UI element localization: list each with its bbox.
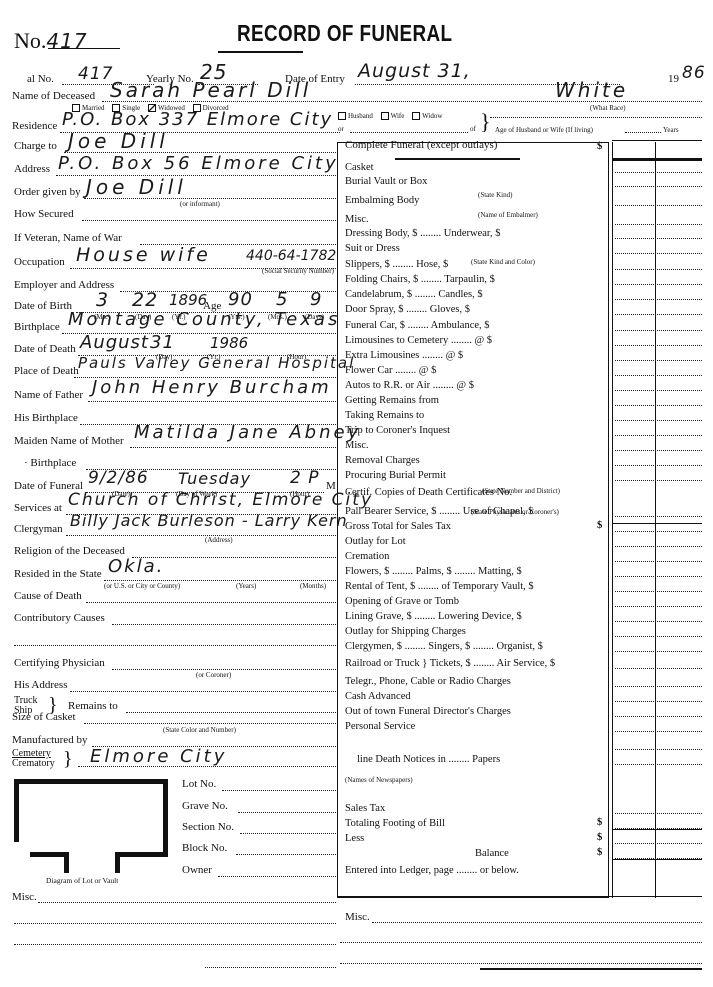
residence-label: Residence xyxy=(12,120,57,133)
cause-of-death-line xyxy=(86,602,336,603)
charge-row-label: Totaling Footing of Bill xyxy=(345,818,445,830)
charge-row-label: Casket xyxy=(345,162,374,174)
ssn-value[interactable]: 440-64-1782 xyxy=(246,248,336,264)
place-of-death-label: Place of Death xyxy=(14,365,79,378)
contributory-line-2 xyxy=(14,645,336,646)
charge-row-label: Out of town Funeral Director's Charges xyxy=(345,706,511,718)
misc-left-line-3 xyxy=(14,944,336,945)
charge-amount-cell[interactable] xyxy=(615,435,702,436)
clergyman-label: Clergyman xyxy=(14,523,63,536)
deceased-name-value[interactable]: Sarah Pearl Dill xyxy=(110,78,311,102)
charge-row-label: Misc. xyxy=(345,440,369,452)
manufactured-label: Manufactured by xyxy=(12,734,87,747)
spouse-age-label: Age of Husband or Wife (If living) xyxy=(495,126,593,134)
charge-amount-cell[interactable] xyxy=(615,186,702,187)
charge-row-label: line Death Notices in ........ Papers xyxy=(357,754,500,766)
widow-label: Widow xyxy=(422,112,442,120)
dob-label: Date of Birth xyxy=(14,300,72,313)
charge-amount-cell[interactable] xyxy=(615,224,702,225)
of-label: of xyxy=(470,125,476,133)
charge-row-label: Limousines to Cemetery ........ @ $ xyxy=(345,335,492,347)
charge-amount-cell[interactable] xyxy=(615,205,702,206)
age-months[interactable]: 5 xyxy=(276,289,288,310)
race-hint: (What Race) xyxy=(590,104,626,112)
spouse-name-line xyxy=(350,132,468,133)
spouse-age-line xyxy=(625,132,661,133)
charges-bottom-line xyxy=(337,896,702,897)
sum-line xyxy=(612,859,702,860)
resided-label: Resided in the State xyxy=(14,568,102,581)
funeral-dow-value[interactable]: Tuesday xyxy=(178,469,251,488)
charge-row-label: Entered into Ledger, page ........ or be… xyxy=(345,865,519,877)
entry-value[interactable]: August 31, xyxy=(358,60,471,82)
physician-hint: (or Coroner) xyxy=(196,671,231,679)
resided-hint: (or U.S. or City or County) xyxy=(104,582,180,590)
crematory-label: Crematory xyxy=(12,759,55,769)
charge-amount-cell[interactable] xyxy=(615,480,702,481)
charge-row-label: Clergymen, $ ........ Singers, $ .......… xyxy=(345,641,543,653)
serial-value[interactable]: 417 xyxy=(78,64,113,84)
spouse-type-group: Husband Wife Widow xyxy=(338,112,442,120)
charges-box xyxy=(337,142,609,898)
dob-day[interactable]: 22 xyxy=(132,289,158,311)
grave-no-line xyxy=(238,812,336,813)
charge-amount-cell[interactable] xyxy=(615,749,702,750)
father-label: Name of Father xyxy=(14,389,83,402)
charge-row-label: Personal Service xyxy=(345,721,415,733)
charge-amount-cell[interactable] xyxy=(615,299,702,300)
charge-amount-cell[interactable] xyxy=(615,465,702,466)
misc-left-line-1 xyxy=(38,902,336,903)
resided-hint-months: (Months) xyxy=(300,582,326,590)
charge-amount-cell[interactable] xyxy=(615,621,702,622)
lot-no-line xyxy=(222,790,336,791)
charge-amount-cell[interactable] xyxy=(615,561,702,562)
charge-amount-cell[interactable] xyxy=(615,238,702,239)
order-given-label: Order given by xyxy=(14,186,81,199)
contributory-label: Contributory Causes xyxy=(14,612,105,625)
services-at-value[interactable]: Church of Christ, Elmore City xyxy=(68,490,373,510)
charge-row-label: Extra Limousines ........ @ $ xyxy=(345,350,463,362)
section-no-label: Section No. xyxy=(182,821,234,834)
charge-amount-cell[interactable] xyxy=(615,390,702,391)
charge-amount-cell[interactable] xyxy=(615,516,702,517)
charge-amount-cell[interactable] xyxy=(615,284,702,285)
lot-no-label: Lot No. xyxy=(182,778,216,791)
charge-row-label: Telegr., Phone, Cable or Radio Charges xyxy=(345,676,511,688)
misc-left-line-4 xyxy=(205,967,336,968)
year-value[interactable]: 86 xyxy=(682,63,706,83)
mother-birthplace-label: · Birthplace xyxy=(24,457,76,470)
physician-label: Certifying Physician xyxy=(14,657,105,670)
spouse-of-line xyxy=(490,117,702,118)
misc-right-line-2 xyxy=(340,942,702,943)
block-no-line xyxy=(236,854,336,855)
physician-address-label: His Address xyxy=(14,679,67,692)
dollar-sign: $ xyxy=(597,817,602,829)
mother-label: Maiden Name of Mother xyxy=(14,435,124,448)
year-prefix: 19 xyxy=(668,73,679,86)
wife-label: Wife xyxy=(391,112,405,120)
charge-row-label: (Names of Newspapers) xyxy=(345,776,413,784)
charge-row-label: Flower Car ........ @ $ xyxy=(345,365,436,377)
amount-heavy-line xyxy=(612,158,702,161)
charge-hint-permit: (State Number and District) xyxy=(482,487,560,495)
race-value[interactable]: White xyxy=(555,78,628,102)
dollar-sign: $ xyxy=(597,141,602,153)
how-secured-label: How Secured xyxy=(14,208,74,221)
charge-hint-embalming: (Name of Embalmer) xyxy=(478,211,538,219)
casket-size-line xyxy=(84,723,336,724)
funeral-hour-value[interactable]: 2 P xyxy=(290,468,319,488)
checkbox-widow[interactable] xyxy=(412,112,420,120)
dod-year[interactable]: 1986 xyxy=(210,334,248,352)
clergyman-line xyxy=(66,535,336,536)
charge-row-label: Misc. xyxy=(345,214,369,226)
misc-right-line-3 xyxy=(340,963,702,964)
charge-amount-cell[interactable] xyxy=(615,360,702,361)
father-value[interactable]: John Henry Burcham xyxy=(92,377,332,398)
brace: } xyxy=(480,109,491,135)
charge-amount-cell[interactable] xyxy=(615,253,702,254)
dod-day[interactable]: 31 xyxy=(150,332,175,353)
age-days[interactable]: 9 xyxy=(310,289,322,310)
charge-amount-cell[interactable] xyxy=(615,813,702,814)
services-at-label: Services at xyxy=(14,502,62,515)
charge-row-label: Balance xyxy=(475,848,509,860)
charge-amount-cell[interactable] xyxy=(615,405,702,406)
address-label: Address xyxy=(14,163,50,176)
father-birthplace-label: His Birthplace xyxy=(14,412,78,425)
order-given-value[interactable]: Joe Dill xyxy=(86,175,187,199)
charge-row-label: Cremation xyxy=(345,551,389,563)
resided-value[interactable]: Okla. xyxy=(108,556,164,577)
charge-row-label: Lining Grave, $ ........ Lowering Device… xyxy=(345,611,522,623)
charge-amount-cell[interactable] xyxy=(615,701,702,702)
residence-value[interactable]: P.O. Box 337 Elmore City xyxy=(62,109,333,130)
charge-amount-cell[interactable] xyxy=(615,420,702,421)
casket-size-hint: (State Color and Number) xyxy=(163,726,236,734)
charge-row-label: Gross Total for Sales Tax xyxy=(345,521,451,533)
contributory-line xyxy=(112,624,336,625)
physician-address-line xyxy=(70,691,336,692)
deceased-name-label: Name of Deceased xyxy=(12,90,95,103)
occupation-value[interactable]: House wife xyxy=(76,244,211,266)
father-line xyxy=(88,401,336,402)
charge-amount-cell[interactable] xyxy=(615,546,702,547)
amount-column-divider-1 xyxy=(612,142,613,898)
charge-amount-cell[interactable] xyxy=(615,269,702,270)
order-given-hint: (or informant) xyxy=(180,200,220,208)
charge-row-label: Railroad or Truck } Tickets, $ ........ … xyxy=(345,658,555,670)
sum-line xyxy=(612,829,702,830)
charge-amount-cell[interactable] xyxy=(615,731,702,732)
charge-hint-certif: (State Physician's or Coroner's) xyxy=(471,508,559,516)
charge-row-label: Embalming Body xyxy=(345,195,419,207)
cause-of-death-label: Cause of Death xyxy=(14,590,82,603)
footer-rule xyxy=(480,968,702,970)
cemetery-crematory-label: Cemetery Crematory xyxy=(12,749,55,769)
charge-row-label: Outlay for Lot xyxy=(345,536,406,548)
charge-amount-cell[interactable] xyxy=(615,686,702,687)
charge-row-label: Door Spray, $ ........ Gloves, $ xyxy=(345,304,470,316)
dod-month[interactable]: August xyxy=(80,332,149,353)
dollar-sign: $ xyxy=(597,520,602,532)
owner-line xyxy=(218,876,336,877)
dob-year[interactable]: 1896 xyxy=(169,291,207,309)
charge-row-label: Autos to R.R. or Air ........ @ $ xyxy=(345,380,474,392)
address-value[interactable]: P.O. Box 56 Elmore City xyxy=(58,153,339,174)
dob-month[interactable]: 3 xyxy=(96,289,109,311)
owner-label: Owner xyxy=(182,864,212,877)
charge-amount-cell[interactable] xyxy=(615,345,702,346)
husband-label: Husband xyxy=(348,112,373,120)
charge-amount-cell[interactable] xyxy=(615,651,702,652)
ssn-hint: (Social Security Number) xyxy=(262,267,334,275)
charge-row-label: Burial Vault or Box xyxy=(345,176,427,188)
charge-row-label: Sales Tax xyxy=(345,803,385,815)
place-of-death-value[interactable]: Pauls Valley General Hospital xyxy=(78,354,355,372)
checkbox-husband[interactable] xyxy=(338,112,346,120)
charge-row-label: Cash Advanced xyxy=(345,691,411,703)
charge-row-label: Rental of Tent, $ ........ of Temporary … xyxy=(345,581,534,593)
charge-row-label: Suit or Dress xyxy=(345,243,400,255)
funeral-date-value[interactable]: 9/2/86 xyxy=(88,468,149,488)
charge-amount-cell[interactable] xyxy=(615,531,702,532)
record-number-label: No. xyxy=(14,28,46,53)
charge-amount-cell[interactable] xyxy=(615,843,702,844)
physician-line xyxy=(112,669,336,670)
remains-to-line xyxy=(126,712,336,713)
charge-to-label: Charge to xyxy=(14,140,57,153)
charge-row-label: Removal Charges xyxy=(345,455,420,467)
section-no-line xyxy=(240,833,336,834)
record-number-value[interactable]: 417 xyxy=(46,29,87,53)
charge-amount-cell[interactable] xyxy=(615,636,702,637)
complete-funeral-underline xyxy=(395,158,520,160)
age-years[interactable]: 90 xyxy=(228,289,253,310)
serial-label: al No. xyxy=(27,73,54,86)
charge-amount-cell[interactable] xyxy=(615,606,702,607)
charge-row-label: Outlay for Shipping Charges xyxy=(345,626,466,638)
misc-right-label: Misc. xyxy=(345,911,370,924)
charge-row-label: Dressing Body, $ ........ Underwear, $ xyxy=(345,228,501,240)
charge-row-label: Procuring Burial Permit xyxy=(345,470,446,482)
amount-top-line xyxy=(612,140,702,141)
charge-row-label: Less xyxy=(345,833,364,845)
block-no-label: Block No. xyxy=(182,842,227,855)
dod-label: Date of Death xyxy=(14,343,76,356)
cemetery-brace: } xyxy=(63,748,73,771)
casket-size-label: Size of Casket xyxy=(12,711,76,724)
lot-diagram-caption: Diagram of Lot or Vault xyxy=(46,877,118,885)
charge-row-label: Getting Remains from xyxy=(345,395,439,407)
charge-amount-cell[interactable] xyxy=(615,172,702,173)
title-underline xyxy=(218,51,303,53)
how-secured-line xyxy=(82,220,336,221)
cemetery-value[interactable]: Elmore City xyxy=(90,746,227,767)
charge-amount-cell[interactable] xyxy=(615,716,702,717)
charge-amount-cell[interactable] xyxy=(615,375,702,376)
or-label: or xyxy=(338,125,344,133)
charge-amount-cell[interactable] xyxy=(615,450,702,451)
charge-row-label: Funeral Car, $ ........ Ambulance, $ xyxy=(345,320,490,332)
resided-hint-years: (Years) xyxy=(236,582,256,590)
dollar-sign: $ xyxy=(597,847,602,859)
years-label: Years xyxy=(663,126,679,134)
charge-row-label: Folding Chairs, $ ........ Tarpaulin, $ xyxy=(345,274,495,286)
charge-amount-cell[interactable] xyxy=(615,330,702,331)
birthplace-label: Birthplace xyxy=(14,321,60,334)
misc-left-label: Misc. xyxy=(12,891,37,904)
record-number: No.417 xyxy=(14,28,88,54)
charge-row-label: Opening of Grave or Tomb xyxy=(345,596,459,608)
record-number-underline xyxy=(48,48,120,49)
charge-amount-cell[interactable] xyxy=(615,591,702,592)
charge-amount-cell[interactable] xyxy=(615,764,702,765)
mother-value[interactable]: Matilda Jane Abney xyxy=(134,422,361,443)
charge-to-value[interactable]: Joe Dill xyxy=(68,129,169,153)
charge-hint-suit: (State Kind and Color) xyxy=(471,258,535,266)
charge-row-label: Trip to Coroner's Inquest xyxy=(345,425,450,437)
resided-line xyxy=(104,580,336,581)
charge-row-label: Complete Funeral (except outlays) xyxy=(345,139,497,151)
amount-column-divider-2 xyxy=(655,142,656,898)
birthplace-value[interactable]: Montage County, Texas xyxy=(68,309,340,330)
charge-amount-cell[interactable] xyxy=(615,576,702,577)
charge-row-label: Slippers, $ ........ Hose, $ xyxy=(345,259,448,271)
charge-row-label: Flowers, $ ........ Palms, $ ........ Ma… xyxy=(345,566,522,578)
clergyman-value[interactable]: Billy Jack Burleson - Larry Kern xyxy=(70,511,348,530)
grave-no-label: Grave No. xyxy=(182,800,228,813)
charge-hint-burial_vault: (State Kind) xyxy=(478,191,512,199)
dollar-sign: $ xyxy=(597,832,602,844)
charge-row-label: Taking Remains to xyxy=(345,410,424,422)
sum-line xyxy=(612,523,702,524)
charge-row-label: Candelabrum, $ ........ Candles, $ xyxy=(345,289,483,301)
misc-right-line-1 xyxy=(372,922,702,923)
checkbox-wife[interactable] xyxy=(381,112,389,120)
charge-amount-cell[interactable] xyxy=(615,314,702,315)
charge-amount-cell[interactable] xyxy=(615,668,702,669)
page-title: RECORD OF FUNERAL xyxy=(237,20,452,47)
misc-left-line-2 xyxy=(14,923,336,924)
clergyman-hint: (Address) xyxy=(205,536,233,544)
occupation-label: Occupation xyxy=(14,256,65,269)
mother-line xyxy=(130,447,336,448)
